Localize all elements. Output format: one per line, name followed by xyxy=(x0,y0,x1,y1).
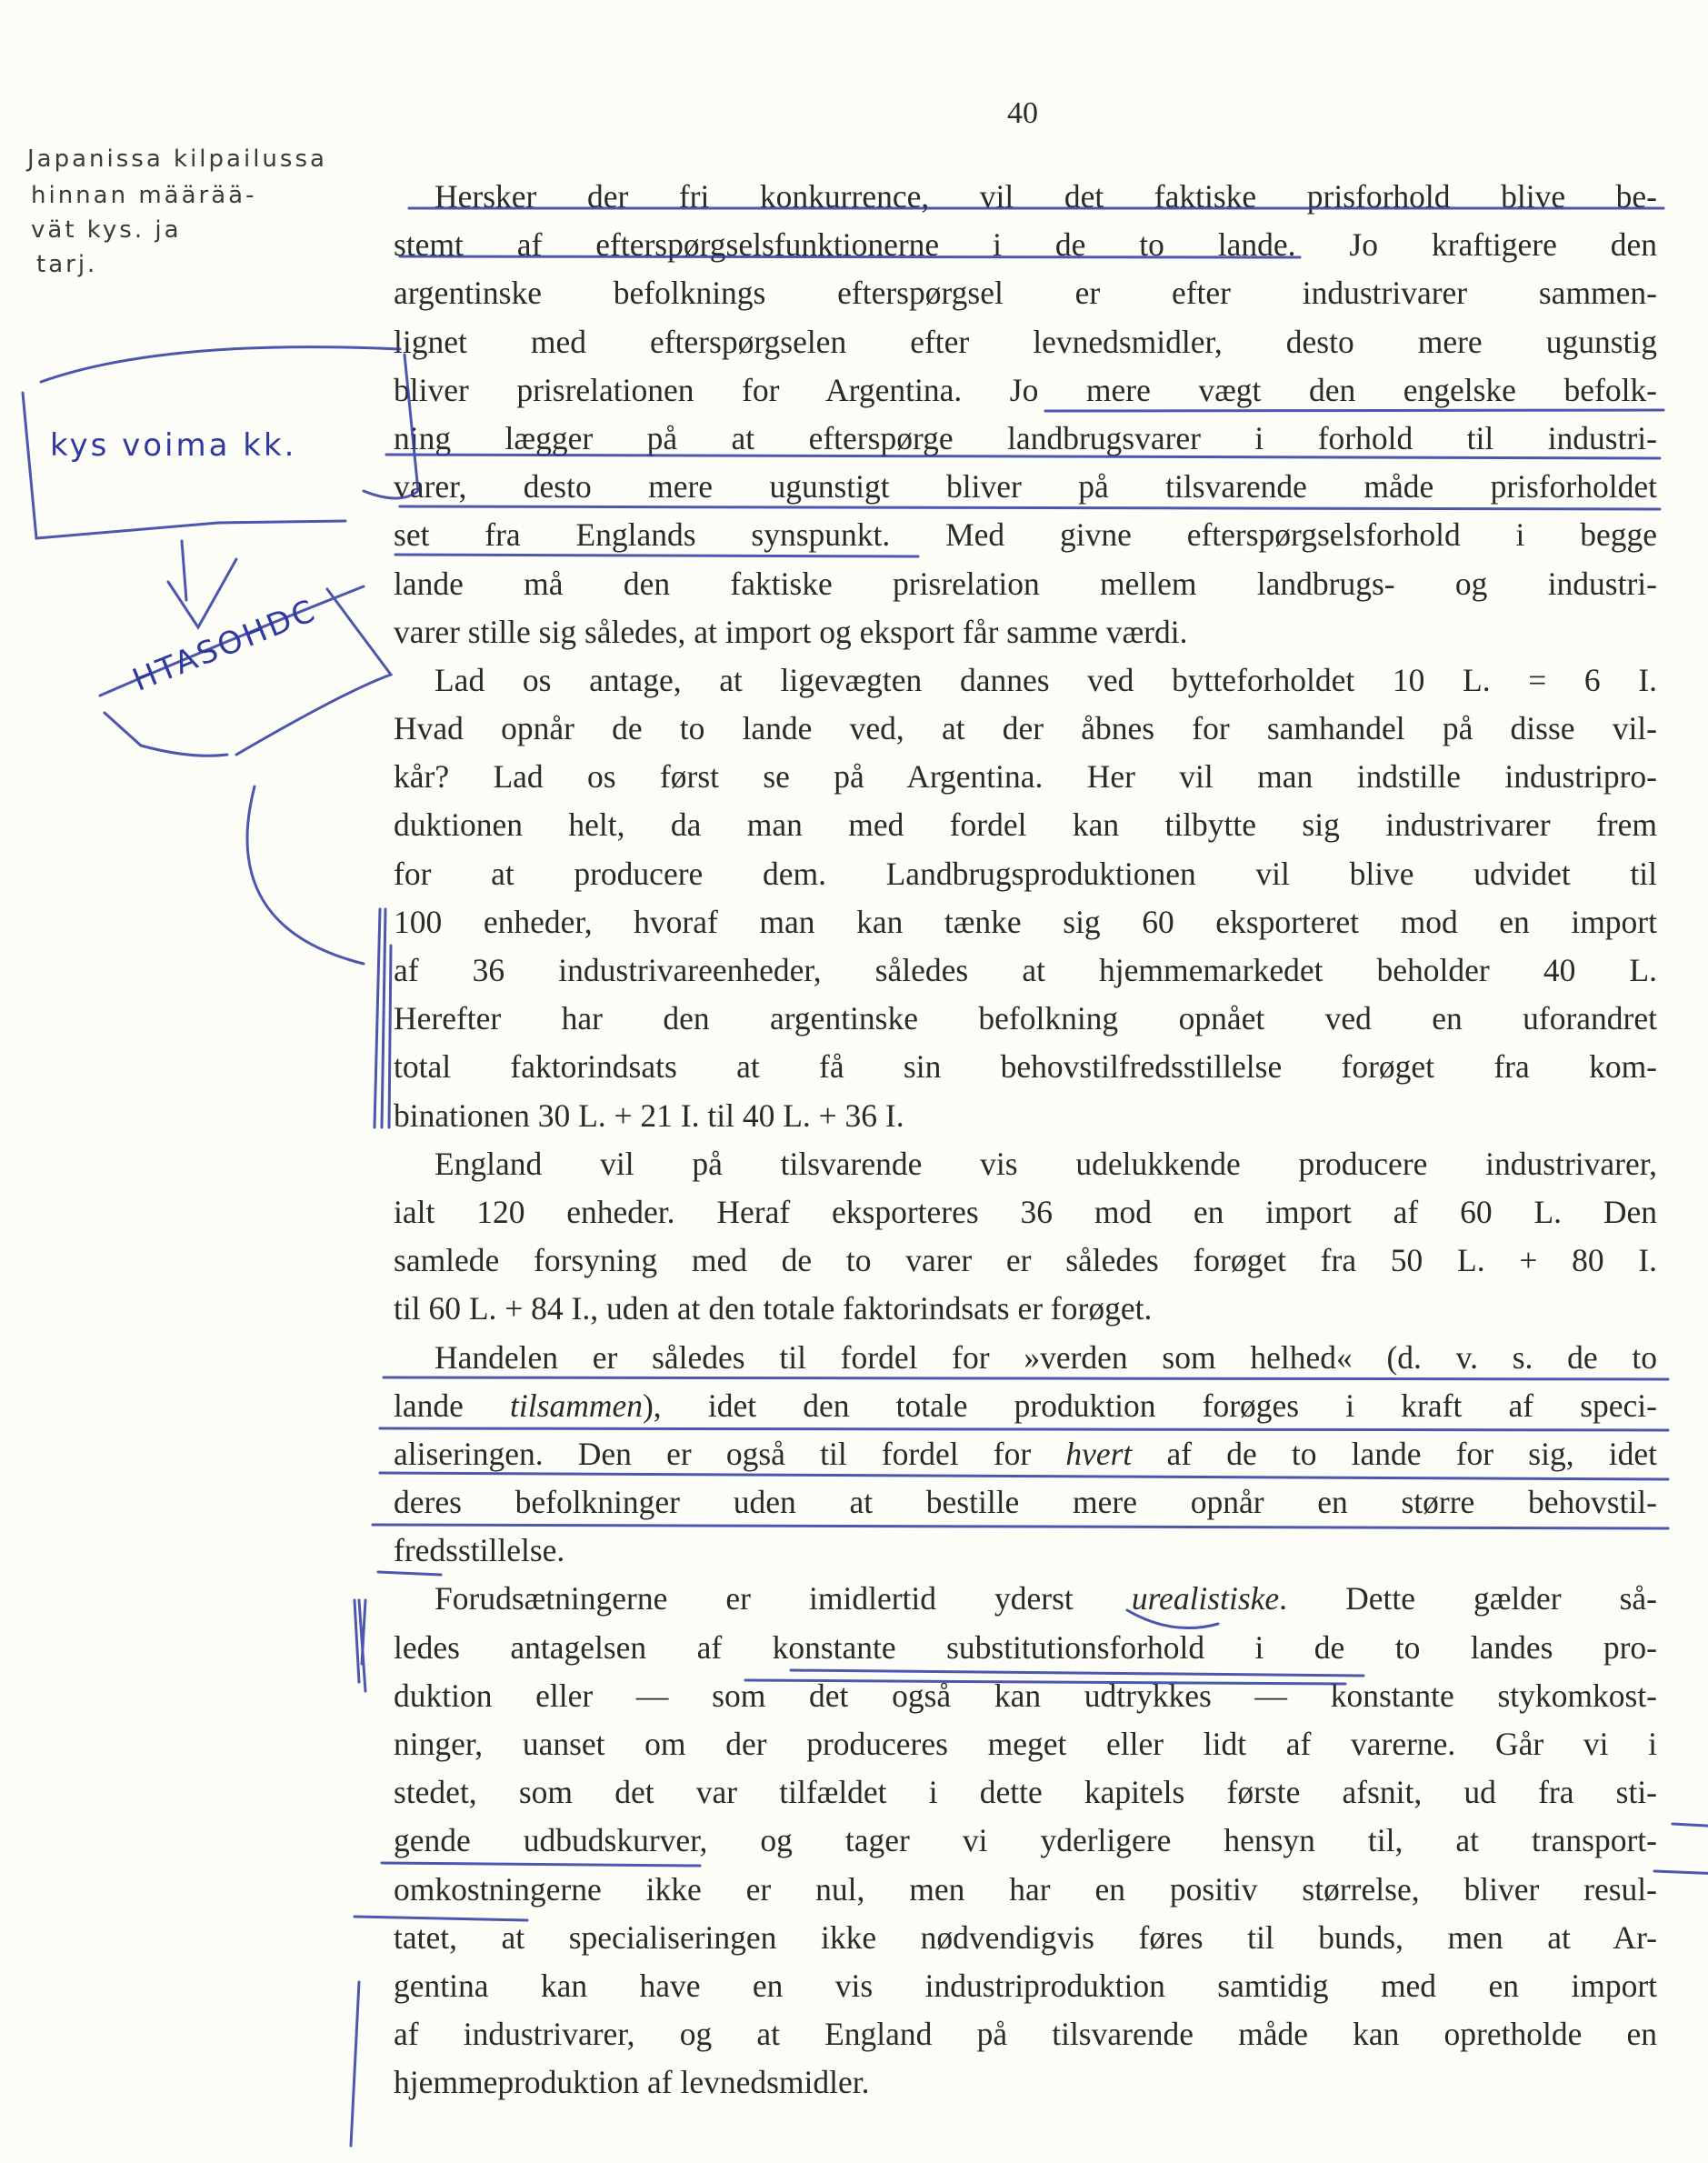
text-line: England vil på tilsvarende vis udelukken… xyxy=(394,1140,1657,1188)
page-number: 40 xyxy=(1007,96,1038,131)
emphasized-text: urealistiske xyxy=(1132,1580,1279,1617)
text-line: stedet, som det var tilfældet i dette ka… xyxy=(394,1768,1657,1817)
text-line: kår? Lad os først se på Argentina. Her v… xyxy=(394,753,1657,801)
text-line: Handelen er således til fordel for »verd… xyxy=(394,1334,1657,1382)
text-line: lande tilsammen), idet den totale produk… xyxy=(394,1382,1657,1430)
text-line: Lad os antage, at ligevægten dannes ved … xyxy=(394,656,1657,705)
text-line: varer, desto mere ugunstigt bliver på ti… xyxy=(394,463,1657,511)
handwritten-note-line-4: tarj. xyxy=(36,251,97,278)
text-line: omkostningerne ikke er nul, men har en p… xyxy=(394,1866,1657,1914)
text-line: Hvad opnår de to lande ved, at der åbnes… xyxy=(394,705,1657,753)
text-line: argentinske befolknings efterspørgsel er… xyxy=(394,269,1657,317)
text-line: hjemmeproduktion af levnedsmidler. xyxy=(394,2058,1657,2107)
text-line: ning lægger på at efterspørge landbrugsv… xyxy=(394,415,1657,463)
text-line: aliseringen. Den er også til fordel for … xyxy=(394,1430,1657,1478)
text-line: lignet med efterspørgselen efter levneds… xyxy=(394,318,1657,366)
text-line: gende udbudskurver, og tager vi yderlige… xyxy=(394,1817,1657,1865)
text-line: stemt af efterspørgselsfunktionerne i de… xyxy=(394,221,1657,269)
text-line: samlede forsyning med de to varer er sål… xyxy=(394,1237,1657,1285)
text-line: lande må den faktiske prisrelation melle… xyxy=(394,560,1657,608)
text-line: fredsstillelse. xyxy=(394,1527,1657,1575)
text-line: bliver prisrelationen for Argentina. Jo … xyxy=(394,366,1657,415)
text-line: Forudsætningerne er imidlertid yderst ur… xyxy=(394,1575,1657,1623)
text-line: set fra Englands synspunkt. Med givne ef… xyxy=(394,511,1657,559)
text-line: Hersker der fri konkurrence, vil det fak… xyxy=(394,173,1657,221)
text-line: ledes antagelsen af konstante substituti… xyxy=(394,1624,1657,1672)
handwritten-box-label-1: kys voima kk. xyxy=(50,427,296,464)
text-line: for at producere dem. Landbrugsproduktio… xyxy=(394,850,1657,898)
handwritten-note-line-3: vät kys. ja xyxy=(31,216,182,244)
text-line: varer stille sig således, at import og e… xyxy=(394,608,1657,656)
text-span: lande xyxy=(394,1387,510,1424)
text-line: Herefter har den argentinske befolkning … xyxy=(394,995,1657,1043)
text-span: aliseringen. Den er også til fordel for xyxy=(394,1436,1065,1472)
text-span: ), idet den totale produktion forøges i … xyxy=(643,1387,1657,1424)
text-line: til 60 L. + 84 I., uden at den totale fa… xyxy=(394,1285,1657,1333)
text-line: duktionen helt, da man med fordel kan ti… xyxy=(394,801,1657,849)
text-line: binationen 30 L. + 21 I. til 40 L. + 36 … xyxy=(394,1092,1657,1140)
text-line: ninger, uanset om der produceres meget e… xyxy=(394,1720,1657,1768)
text-line: duktion eller — som det også kan udtrykk… xyxy=(394,1672,1657,1720)
text-line: 100 enheder, hvoraf man kan tænke sig 60… xyxy=(394,898,1657,946)
text-line: tatet, at specialiseringen ikke nødvendi… xyxy=(394,1914,1657,1962)
text-line: deres befolkninger uden at bestille mere… xyxy=(394,1478,1657,1527)
emphasized-text: hvert xyxy=(1065,1436,1132,1472)
text-line: ialt 120 enheder. Heraf eksporteres 36 m… xyxy=(394,1188,1657,1237)
handwritten-note-line-1: Japanissa kilpailussa xyxy=(27,145,327,173)
text-line: gentina kan have en vis industriprodukti… xyxy=(394,1962,1657,2010)
body-text: Hersker der fri konkurrence, vil det fak… xyxy=(394,173,1657,2108)
text-line: af industrivarer, og at England på tilsv… xyxy=(394,2010,1657,2058)
text-line: af 36 industrivareenheder, således at hj… xyxy=(394,946,1657,995)
handwritten-box-label-2: HTASOHDC xyxy=(127,592,322,699)
emphasized-text: tilsammen xyxy=(510,1387,643,1424)
handwritten-note-line-2: hinnan määrää- xyxy=(31,182,256,209)
text-span: af de to lande for sig, idet xyxy=(1132,1436,1657,1472)
text-span: Forudsætningerne er imidlertid yderst xyxy=(434,1580,1132,1617)
text-span: . Dette gælder så- xyxy=(1279,1580,1657,1617)
text-line: total faktorindsats at få sin behovstilf… xyxy=(394,1043,1657,1091)
